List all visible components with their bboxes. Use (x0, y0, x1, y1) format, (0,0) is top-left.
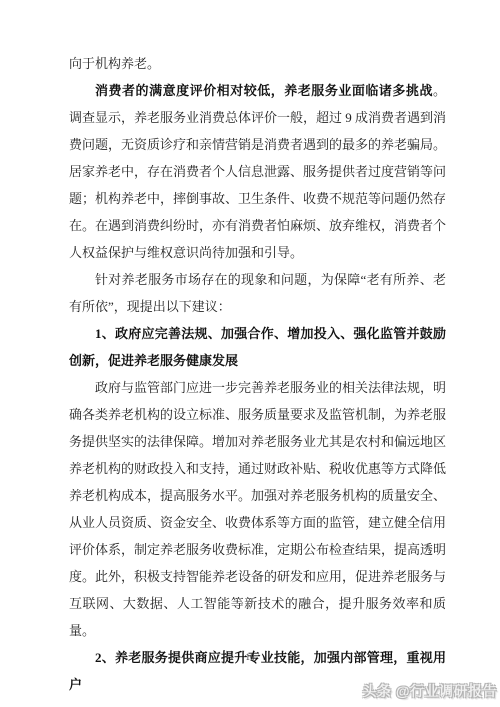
paragraph: 1、政府应完善法规、加强合作、增加投入、强化监管并鼓励创新，促进养老服务健康发展 (69, 320, 446, 374)
bold-text-run: 消费者的满意度评价相对较低，养老服务业面临诸多挑战 (95, 83, 433, 98)
document-page: 向于机构养老。消费者的满意度评价相对较低，养老服务业面临诸多挑战。调查显示，养老… (0, 0, 500, 707)
document-body: 向于机构养老。消费者的满意度评价相对较低，养老服务业面临诸多挑战。调查显示，养老… (69, 50, 446, 698)
text-run: 向于机构养老。 (69, 56, 160, 71)
page-number: 16 (0, 652, 500, 662)
text-run: 政府与监管部门应进一步完善养老服务业的相关法律法规，明确各类养老机构的设立标准、… (69, 380, 446, 638)
paragraph: 政府与监管部门应进一步完善养老服务业的相关法律法规，明确各类养老机构的设立标准、… (69, 374, 446, 644)
paragraph: 消费者的满意度评价相对较低，养老服务业面临诸多挑战。调查显示，养老服务业消费总体… (69, 77, 446, 266)
paragraph: 针对养老服务市场存在的现象和问题，为保障“老有所养、老有所依”，现提出以下建议： (69, 266, 446, 320)
bold-text-run: 1、政府应完善法规、加强合作、增加投入、强化监管并鼓励创新，促进养老服务健康发展 (69, 326, 446, 368)
text-run: 。调查显示，养老服务业消费总体评价一般，超过 9 成消费者遇到消费问题，无资质诊… (69, 83, 446, 260)
watermark-toutiao: 头条 @行业调研报告 (362, 681, 497, 701)
text-run: 针对养老服务市场存在的现象和问题，为保障“老有所养、老有所依”，现提出以下建议： (69, 272, 446, 314)
paragraph: 向于机构养老。 (69, 50, 446, 77)
